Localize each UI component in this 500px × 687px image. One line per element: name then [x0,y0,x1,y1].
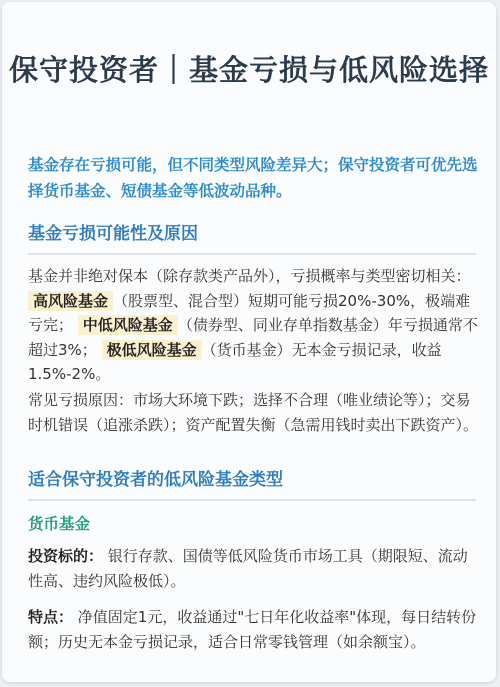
highlight-high-risk: 高风险基金 [28,291,113,311]
subheading-money-fund: 货币基金 [28,512,90,534]
article-card: 保守投资者｜基金亏损与低风险选择 基金存在亏损可能，但不同类型风险差异大；保守投… [2,2,496,682]
paragraph-investment-target: 投资标的： 银行存款、国债等低风险货币市场工具（期限短、流动性高、违约风险极低）… [28,544,478,593]
lead-summary: 基金存在亏损可能，但不同类型风险差异大；保守投资者可优先选择货币基金、短债基金等… [28,152,478,204]
features-text: 净值固定1元，收益通过"七日年化收益率"体现，每日结转份额；历史无本金亏损记录，… [28,608,476,651]
section-heading-loss-causes: 基金亏损可能性及原因 [28,221,476,255]
section-heading-low-risk-types: 适合保守投资者的低风险基金类型 [28,467,476,501]
paragraph-features: 特点： 净值固定1元，收益通过"七日年化收益率"体现，每日结转份额；历史无本金亏… [28,605,478,654]
risk-intro: 基金并非绝对保本（除存款类产品外），亏损概率与类型密切相关： [28,267,471,285]
paragraph-loss-causes: 常见亏损原因：市场大环境下跌；选择不合理（唯业绩论等）；交易时机错误（追涨杀跌）… [28,388,478,437]
label-investment-target: 投资标的： [28,547,103,565]
label-features: 特点： [28,608,73,626]
page-title: 保守投资者｜基金亏损与低风险选择 [2,48,496,92]
highlight-mid-risk: 中低风险基金 [78,315,178,335]
highlight-low-risk: 极低风险基金 [102,340,202,360]
paragraph-risk-levels: 基金并非绝对保本（除存款类产品外），亏损概率与类型密切相关：高风险基金（股票型、… [28,264,478,387]
